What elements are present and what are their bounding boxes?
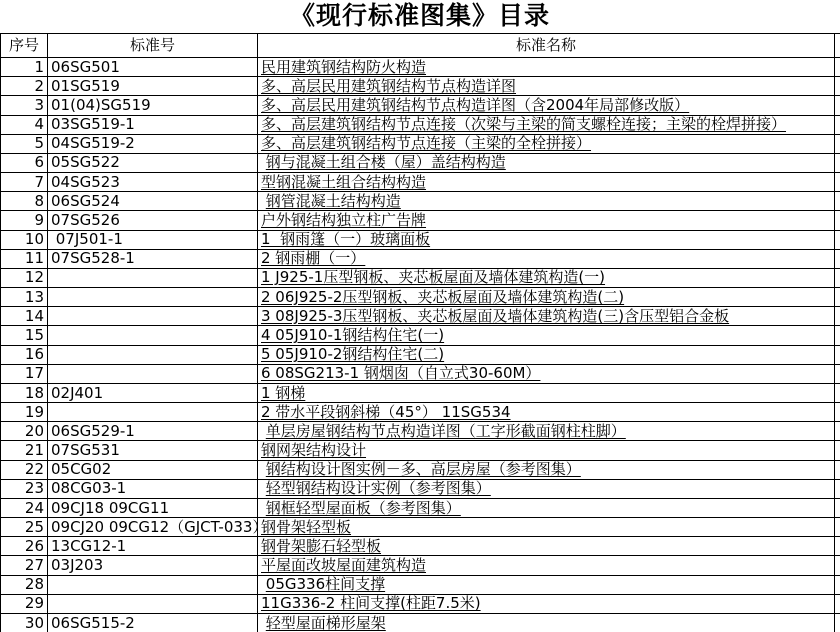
grid-stub bbox=[835, 116, 840, 135]
grid-stub bbox=[835, 231, 840, 250]
table-row: 605SG522 钢与混凝土组合楼（屋）盖结构构造 bbox=[0, 154, 840, 173]
code-cell: 13CG12-1 bbox=[48, 537, 258, 556]
name-cell: 多、高层民用建筑钢结构节点构造详图 bbox=[258, 77, 835, 96]
grid-stub bbox=[835, 307, 840, 326]
grid-stub bbox=[835, 250, 840, 269]
table-body: 106SG501民用建筑钢结构防火构造201SG519多、高层民用建筑钢结构节点… bbox=[0, 58, 840, 632]
code-cell: 03SG519-1 bbox=[48, 116, 258, 135]
grid-stub bbox=[835, 269, 840, 288]
serial-cell: 9 bbox=[0, 211, 48, 230]
serial-cell: 8 bbox=[0, 192, 48, 211]
grid-stub bbox=[835, 288, 840, 307]
table-row: 2703J203平屋面改坡屋面建筑构造 bbox=[0, 556, 840, 575]
grid-stub bbox=[835, 96, 840, 115]
serial-cell: 18 bbox=[0, 384, 48, 403]
serial-cell: 29 bbox=[0, 595, 48, 614]
code-cell: 01(04)SG519 bbox=[48, 96, 258, 115]
name-cell: 钢结构设计图实例－多、高层房屋（参考图集） bbox=[258, 461, 835, 480]
code-cell bbox=[48, 403, 258, 422]
grid-stub bbox=[835, 403, 840, 422]
code-cell: 01SG519 bbox=[48, 77, 258, 96]
serial-cell: 22 bbox=[0, 461, 48, 480]
serial-cell: 26 bbox=[0, 537, 48, 556]
table-row: 2409CJ18 09CG11 钢框轻型屋面板（参考图集） bbox=[0, 499, 840, 518]
table-row: 10 07J501-11 钢雨篷（一）玻璃面板 bbox=[0, 231, 840, 250]
code-cell bbox=[48, 576, 258, 595]
name-cell: 05G336柱间支撑 bbox=[258, 576, 835, 595]
name-cell: 3 08J925-3压型钢板、夹芯板屋面及墙体建筑构造(三)含压型铝合金板 bbox=[258, 307, 835, 326]
name-cell: 11G336-2 柱间支撑(柱距7.5米) bbox=[258, 595, 835, 614]
name-cell: 1 钢梯 bbox=[258, 384, 835, 403]
grid-stub bbox=[835, 518, 840, 537]
grid-stub bbox=[835, 595, 840, 614]
table-row: 2509CJ20 09CG12（GJCT-033）钢骨架轻型板 bbox=[0, 518, 840, 537]
serial-cell: 6 bbox=[0, 154, 48, 173]
table-row: 106SG501民用建筑钢结构防火构造 bbox=[0, 58, 840, 77]
grid-stub bbox=[835, 441, 840, 460]
code-cell bbox=[48, 326, 258, 345]
table-row: 403SG519-1多、高层建筑钢结构节点连接（次梁与主梁的简支螺栓连接；主梁的… bbox=[0, 116, 840, 135]
grid-stub bbox=[835, 422, 840, 441]
serial-cell: 28 bbox=[0, 576, 48, 595]
grid-stub bbox=[835, 384, 840, 403]
header-name: 标准名称 bbox=[258, 34, 835, 58]
serial-cell: 21 bbox=[0, 441, 48, 460]
serial-cell: 5 bbox=[0, 135, 48, 154]
table-row: 504SG519-2多、高层建筑钢结构节点连接（主梁的全栓拼接） bbox=[0, 135, 840, 154]
name-cell: 钢管混凝土结构构造 bbox=[258, 192, 835, 211]
serial-cell: 19 bbox=[0, 403, 48, 422]
name-cell: 5 05J910-2钢结构住宅(二) bbox=[258, 346, 835, 365]
table-row: 2006SG529-1 单层房屋钢结构节点构造详图（工字形截面钢柱柱脚） bbox=[0, 422, 840, 441]
name-cell: 轻型屋面梯形屋架 bbox=[258, 614, 835, 632]
table-row: 154 05J910-1钢结构住宅(一) bbox=[0, 326, 840, 345]
table-row: 2613CG12-1钢骨架膨石轻型板 bbox=[0, 537, 840, 556]
name-cell: 6 08SG213-1 钢烟囱（自立式30-60M） bbox=[258, 365, 835, 384]
grid-stub bbox=[835, 326, 840, 345]
standards-table: 序号 标准号 标准名称 106SG501民用建筑钢结构防火构造201SG519多… bbox=[0, 33, 840, 632]
code-cell bbox=[48, 346, 258, 365]
code-cell: 05SG522 bbox=[48, 154, 258, 173]
serial-cell: 30 bbox=[0, 614, 48, 632]
table-row: 192 带水平段钢斜梯（45°） 11SG534 bbox=[0, 403, 840, 422]
name-cell: 1 J925-1压型钢板、夹芯板屋面及墙体建筑构造(一) bbox=[258, 269, 835, 288]
code-cell: 07SG526 bbox=[48, 211, 258, 230]
table-row: 165 05J910-2钢结构住宅(二) bbox=[0, 346, 840, 365]
table-row: 2107SG531钢网架结构设计 bbox=[0, 441, 840, 460]
table-row: 1107SG528-12 钢雨棚（一） bbox=[0, 250, 840, 269]
code-cell: 05CG02 bbox=[48, 461, 258, 480]
table-row: 28 05G336柱间支撑 bbox=[0, 576, 840, 595]
table-row: 176 08SG213-1 钢烟囱（自立式30-60M） bbox=[0, 365, 840, 384]
serial-cell: 24 bbox=[0, 499, 48, 518]
name-cell: 多、高层民用建筑钢结构节点构造详图（含2004年局部修改版） bbox=[258, 96, 835, 115]
header-code: 标准号 bbox=[48, 34, 258, 58]
code-cell bbox=[48, 307, 258, 326]
grid-stub bbox=[835, 365, 840, 384]
serial-cell: 25 bbox=[0, 518, 48, 537]
grid-stub bbox=[835, 58, 840, 77]
grid-stub bbox=[835, 576, 840, 595]
grid-stub bbox=[835, 135, 840, 154]
name-cell: 多、高层建筑钢结构节点连接（主梁的全栓拼接） bbox=[258, 135, 835, 154]
code-cell: 02J401 bbox=[48, 384, 258, 403]
code-cell: 08CG03-1 bbox=[48, 480, 258, 499]
serial-cell: 15 bbox=[0, 326, 48, 345]
grid-stub bbox=[835, 556, 840, 575]
page-title: 《现行标准图集》目录 bbox=[0, 0, 840, 33]
serial-cell: 4 bbox=[0, 116, 48, 135]
name-cell: 多、高层建筑钢结构节点连接（次梁与主梁的简支螺栓连接；主梁的栓焊拼接） bbox=[258, 116, 835, 135]
code-cell: 06SG529-1 bbox=[48, 422, 258, 441]
code-cell: 07SG528-1 bbox=[48, 250, 258, 269]
code-cell: 06SG524 bbox=[48, 192, 258, 211]
grid-stub bbox=[835, 192, 840, 211]
table-row: 1802J4011 钢梯 bbox=[0, 384, 840, 403]
serial-cell: 3 bbox=[0, 96, 48, 115]
grid-stub bbox=[835, 537, 840, 556]
name-cell: 2 06J925-2压型钢板、夹芯板屋面及墙体建筑构造(二) bbox=[258, 288, 835, 307]
name-cell: 钢与混凝土组合楼（屋）盖结构构造 bbox=[258, 154, 835, 173]
table-row: 2205CG02 钢结构设计图实例－多、高层房屋（参考图集） bbox=[0, 461, 840, 480]
name-cell: 轻型钢结构设计实例（参考图集） bbox=[258, 480, 835, 499]
table-row: 907SG526户外钢结构独立柱广告牌 bbox=[0, 211, 840, 230]
name-cell: 钢骨架轻型板 bbox=[258, 518, 835, 537]
name-cell: 户外钢结构独立柱广告牌 bbox=[258, 211, 835, 230]
grid-stub bbox=[835, 77, 840, 96]
name-cell: 2 带水平段钢斜梯（45°） 11SG534 bbox=[258, 403, 835, 422]
table-row: 121 J925-1压型钢板、夹芯板屋面及墙体建筑构造(一) bbox=[0, 269, 840, 288]
grid-stub bbox=[835, 480, 840, 499]
code-cell: 07SG531 bbox=[48, 441, 258, 460]
serial-cell: 7 bbox=[0, 173, 48, 192]
serial-cell: 10 bbox=[0, 231, 48, 250]
serial-cell: 14 bbox=[0, 307, 48, 326]
serial-cell: 23 bbox=[0, 480, 48, 499]
grid-stub bbox=[835, 173, 840, 192]
name-cell: 1 钢雨篷（一）玻璃面板 bbox=[258, 231, 835, 250]
table-row: 143 08J925-3压型钢板、夹芯板屋面及墙体建筑构造(三)含压型铝合金板 bbox=[0, 307, 840, 326]
table-row: 2308CG03-1 轻型钢结构设计实例（参考图集） bbox=[0, 480, 840, 499]
grid-stub bbox=[835, 499, 840, 518]
header-serial: 序号 bbox=[0, 34, 48, 58]
name-cell: 钢框轻型屋面板（参考图集） bbox=[258, 499, 835, 518]
code-cell: 09CJ18 09CG11 bbox=[48, 499, 258, 518]
serial-cell: 16 bbox=[0, 346, 48, 365]
name-cell: 钢网架结构设计 bbox=[258, 441, 835, 460]
table-row: 3006SG515-2 轻型屋面梯形屋架 bbox=[0, 614, 840, 632]
table-row: 704SG523型钢混凝土组合结构构造 bbox=[0, 173, 840, 192]
code-cell bbox=[48, 365, 258, 384]
grid-stub bbox=[835, 461, 840, 480]
grid-stub bbox=[835, 211, 840, 230]
code-cell bbox=[48, 269, 258, 288]
name-cell: 型钢混凝土组合结构构造 bbox=[258, 173, 835, 192]
code-cell: 09CJ20 09CG12（GJCT-033） bbox=[48, 518, 258, 537]
table-row: 806SG524 钢管混凝土结构构造 bbox=[0, 192, 840, 211]
table-row: 2911G336-2 柱间支撑(柱距7.5米) bbox=[0, 595, 840, 614]
serial-cell: 13 bbox=[0, 288, 48, 307]
grid-stub bbox=[835, 154, 840, 173]
name-cell: 民用建筑钢结构防火构造 bbox=[258, 58, 835, 77]
table-header-row: 序号 标准号 标准名称 bbox=[0, 34, 840, 58]
code-cell: 06SG515-2 bbox=[48, 614, 258, 632]
serial-cell: 1 bbox=[0, 58, 48, 77]
code-cell: 03J203 bbox=[48, 556, 258, 575]
grid-stub bbox=[835, 614, 840, 632]
code-cell bbox=[48, 288, 258, 307]
serial-cell: 11 bbox=[0, 250, 48, 269]
name-cell: 2 钢雨棚（一） bbox=[258, 250, 835, 269]
code-cell: 06SG501 bbox=[48, 58, 258, 77]
table-row: 301(04)SG519多、高层民用建筑钢结构节点构造详图（含2004年局部修改… bbox=[0, 96, 840, 115]
serial-cell: 12 bbox=[0, 269, 48, 288]
grid-stub bbox=[835, 34, 840, 58]
table-row: 132 06J925-2压型钢板、夹芯板屋面及墙体建筑构造(二) bbox=[0, 288, 840, 307]
name-cell: 单层房屋钢结构节点构造详图（工字形截面钢柱柱脚） bbox=[258, 422, 835, 441]
code-cell: 07J501-1 bbox=[48, 231, 258, 250]
serial-cell: 2 bbox=[0, 77, 48, 96]
name-cell: 钢骨架膨石轻型板 bbox=[258, 537, 835, 556]
grid-stub bbox=[835, 346, 840, 365]
name-cell: 4 05J910-1钢结构住宅(一) bbox=[258, 326, 835, 345]
serial-cell: 27 bbox=[0, 556, 48, 575]
table-row: 201SG519多、高层民用建筑钢结构节点构造详图 bbox=[0, 77, 840, 96]
serial-cell: 17 bbox=[0, 365, 48, 384]
serial-cell: 20 bbox=[0, 422, 48, 441]
name-cell: 平屋面改坡屋面建筑构造 bbox=[258, 556, 835, 575]
code-cell bbox=[48, 595, 258, 614]
code-cell: 04SG523 bbox=[48, 173, 258, 192]
code-cell: 04SG519-2 bbox=[48, 135, 258, 154]
